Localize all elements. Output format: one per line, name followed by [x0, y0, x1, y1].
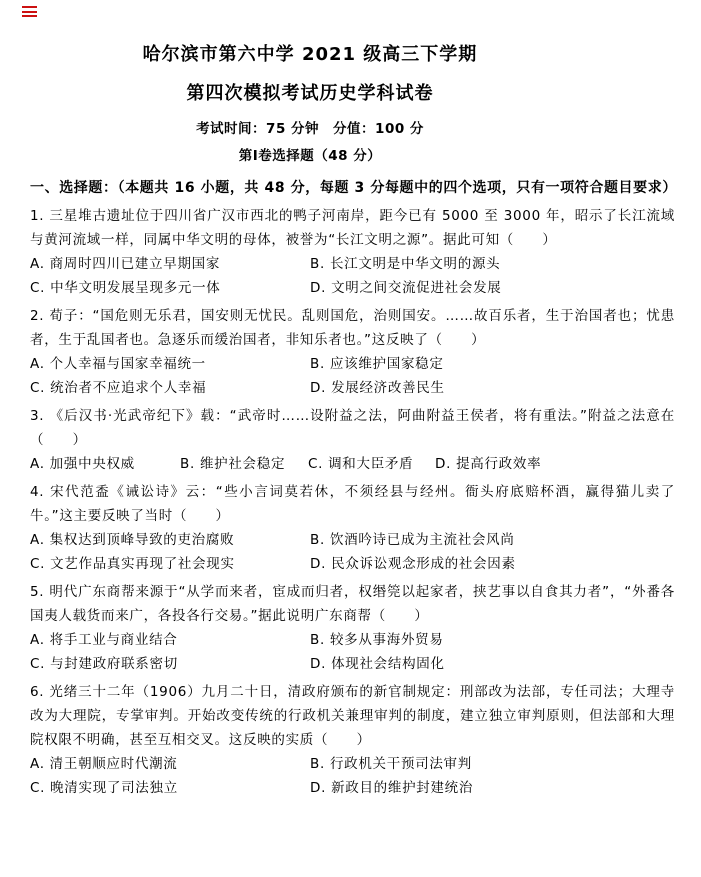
- question-2-option-c: C. 统治者不应追求个人幸福: [30, 376, 310, 400]
- question-1-option-c: C. 中华文明发展呈现多元一体: [30, 276, 310, 300]
- question-4: 4. 宋代范盉《诫讼诗》云：“些小言词莫若休，不须经县与经州。衙头府底赔杯酒，赢…: [30, 480, 675, 576]
- question-3-option-b: B. 维护社会稳定: [180, 452, 308, 476]
- question-3-option-a: A. 加强中央权威: [30, 452, 180, 476]
- question-5-options: A. 将手工业与商业结合 B. 较多从事海外贸易 C. 与封建政府联系密切 D.…: [30, 628, 675, 676]
- question-5-option-a: A. 将手工业与商业结合: [30, 628, 310, 652]
- question-5: 5. 明代广东商帮来源于“从学而来者，宦成而归者，权缗筦以起家者，挟艺事以自食其…: [30, 580, 675, 676]
- question-2-stem: 2. 荀子：“国危则无乐君，国安则无忧民。乱则国危，治则国安。……故百乐者，生于…: [30, 304, 675, 352]
- question-4-option-d: D. 民众诉讼观念形成的社会因素: [310, 552, 675, 576]
- section-instruction: 一、选择题：（本题共 16 小题，共 48 分，每题 3 分每题中的四个选项，只…: [30, 176, 675, 200]
- question-4-stem: 4. 宋代范盉《诫讼诗》云：“些小言词莫若休，不须经县与经州。衙头府底赔杯酒，赢…: [30, 480, 675, 528]
- question-2-option-b: B. 应该维护国家稳定: [310, 352, 675, 376]
- question-1-options: A. 商周时四川已建立早期国家 B. 长江文明是中华文明的源头 C. 中华文明发…: [30, 252, 675, 300]
- question-6: 6. 光绪三十二年（1906）九月二十日，清政府颁布的新官制规定：刑部改为法部，…: [30, 680, 675, 800]
- question-5-option-c: C. 与封建政府联系密切: [30, 652, 310, 676]
- question-3-option-d: D. 提高行政效率: [435, 452, 675, 476]
- question-4-option-c: C. 文艺作品真实再现了社会现实: [30, 552, 310, 576]
- question-5-option-d: D. 体现社会结构固化: [310, 652, 675, 676]
- question-6-option-c: C. 晚清实现了司法独立: [30, 776, 310, 800]
- exam-paper-page: 哈尔滨市第六中学 2021 级高三下学期 第四次模拟考试历史学科试卷 考试时间：…: [0, 0, 701, 877]
- exam-title-line2: 第四次模拟考试历史学科试卷: [30, 83, 590, 105]
- question-6-option-b: B. 行政机关干预司法审判: [310, 752, 675, 776]
- question-6-option-d: D. 新政目的维护封建统治: [310, 776, 675, 800]
- question-1-option-d: D. 文明之间交流促进社会发展: [310, 276, 675, 300]
- question-6-option-a: A. 清王朝顺应时代潮流: [30, 752, 310, 776]
- exam-meta-line: 考试时间：75 分钟 分值：100 分: [30, 120, 590, 138]
- question-3-option-c: C. 调和大臣矛盾: [308, 452, 435, 476]
- question-2-option-d: D. 发展经济改善民生: [310, 376, 675, 400]
- question-6-options: A. 清王朝顺应时代潮流 B. 行政机关干预司法审判 C. 晚清实现了司法独立 …: [30, 752, 675, 800]
- question-6-stem: 6. 光绪三十二年（1906）九月二十日，清政府颁布的新官制规定：刑部改为法部，…: [30, 680, 675, 752]
- question-3-options: A. 加强中央权威 B. 维护社会稳定 C. 调和大臣矛盾 D. 提高行政效率: [30, 452, 675, 476]
- question-2-option-a: A. 个人幸福与国家幸福统一: [30, 352, 310, 376]
- question-1-option-b: B. 长江文明是中华文明的源头: [310, 252, 675, 276]
- question-3-stem: 3. 《后汉书·光武帝纪下》载：“武帝时……设附益之法，阿曲附益王侯者，将有重法…: [30, 404, 675, 452]
- question-5-option-b: B. 较多从事海外贸易: [310, 628, 675, 652]
- question-5-stem: 5. 明代广东商帮来源于“从学而来者，宦成而归者，权缗筦以起家者，挟艺事以自食其…: [30, 580, 675, 628]
- question-2: 2. 荀子：“国危则无乐君，国安则无忧民。乱则国危，治则国安。……故百乐者，生于…: [30, 304, 675, 400]
- question-3: 3. 《后汉书·光武帝纪下》载：“武帝时……设附益之法，阿曲附益王侯者，将有重法…: [30, 404, 675, 476]
- question-4-options: A. 集权达到顶峰导致的吏治腐败 B. 饮酒吟诗已成为主流社会风尚 C. 文艺作…: [30, 528, 675, 576]
- red-corner-mark-icon: [22, 6, 37, 17]
- question-1: 1. 三星堆古遗址位于四川省广汉市西北的鸭子河南岸，距今已有 5000 至 30…: [30, 204, 675, 300]
- exam-title-line1: 哈尔滨市第六中学 2021 级高三下学期: [30, 44, 590, 66]
- question-1-stem: 1. 三星堆古遗址位于四川省广汉市西北的鸭子河南岸，距今已有 5000 至 30…: [30, 204, 675, 252]
- question-1-option-a: A. 商周时四川已建立早期国家: [30, 252, 310, 276]
- question-2-options: A. 个人幸福与国家幸福统一 B. 应该维护国家稳定 C. 统治者不应追求个人幸…: [30, 352, 675, 400]
- question-4-option-b: B. 饮酒吟诗已成为主流社会风尚: [310, 528, 675, 552]
- exam-header: 哈尔滨市第六中学 2021 级高三下学期 第四次模拟考试历史学科试卷 考试时间：…: [30, 44, 590, 165]
- part-one-heading: 第Ⅰ卷选择题（48 分）: [30, 147, 590, 165]
- question-4-option-a: A. 集权达到顶峰导致的吏治腐败: [30, 528, 310, 552]
